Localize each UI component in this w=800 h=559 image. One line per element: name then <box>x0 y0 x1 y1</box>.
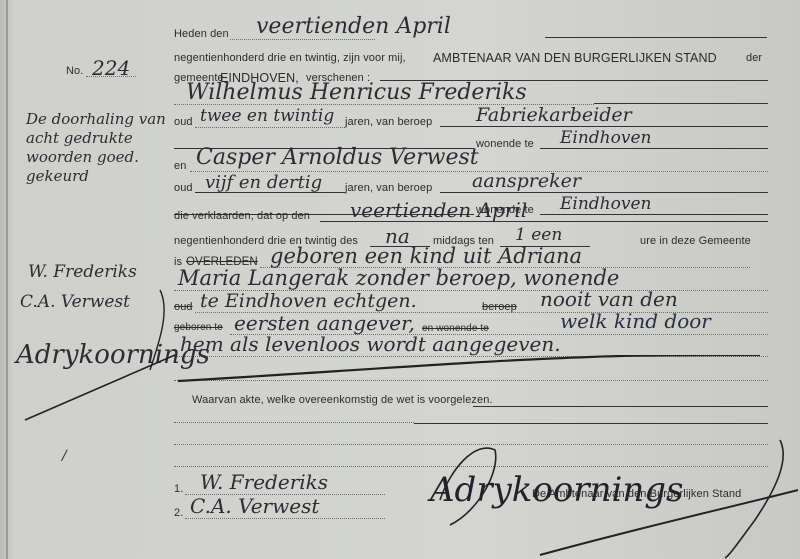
declarant2-residence: Eindhoven <box>560 194 651 214</box>
ambtenaar-signature: Adrykoornings <box>430 470 683 510</box>
declarant1-residence: Eindhoven <box>560 128 651 148</box>
margin-signature-1: W. Frederiks <box>28 262 137 282</box>
waarvan-label: Waarvan akte, welke overeenkomstig de we… <box>192 394 493 406</box>
official-title: AMBTENAAR VAN DEN BURGERLIJKEN STAND <box>433 51 717 65</box>
en-label: en <box>174 160 186 172</box>
fill-rule <box>440 126 768 127</box>
dotted-line <box>174 356 768 357</box>
jaren-label: jaren, van beroep <box>345 116 432 128</box>
page-binding-edge <box>6 0 8 559</box>
margin-note-line: woorden goed. <box>26 148 166 167</box>
body-line-3b: nooit van den <box>540 287 678 311</box>
civil-registry-record: No. 224 Heden den veertienden April nege… <box>0 0 800 559</box>
record-number-label: No. <box>66 65 83 77</box>
oud-struck: oud <box>174 301 193 313</box>
margin-mark: / <box>62 448 67 464</box>
verklaarden-label: die verklaarden, dat op den <box>174 210 310 222</box>
event-date: veertienden April <box>350 198 527 222</box>
ure-label: ure in deze Gemeente <box>640 235 751 247</box>
der-label: der <box>746 52 762 64</box>
declarant2-name: Casper Arnoldus Verwest <box>196 145 479 170</box>
dotted-line <box>230 39 375 40</box>
declarant1-name: Wilhelmus Henricus Frederiks <box>186 80 527 105</box>
body-line-3: te Eindhoven echtgen. <box>200 290 417 312</box>
margin-note-line: De doorhaling van <box>26 110 166 129</box>
dotted-line <box>174 380 768 381</box>
margin-signature-2: C.A. Verwest <box>20 292 130 312</box>
dotted-line <box>185 518 385 519</box>
witness1-signature: W. Frederiks <box>200 470 328 494</box>
wonende-label: wonende te <box>476 138 534 150</box>
fill-rule <box>440 192 768 193</box>
heden-date: veertienden April <box>256 14 451 39</box>
body-line-4b: welk kind door <box>560 309 711 333</box>
year-intro: negentienhonderd drie en twintig, zijn v… <box>174 52 406 64</box>
declarant2-age: vijf en dertig <box>205 172 322 193</box>
beroep-struck: beroep <box>482 301 517 313</box>
fill-rule <box>414 423 768 424</box>
dotted-line <box>195 127 345 128</box>
dotted-line <box>174 466 768 467</box>
fill-rule <box>473 406 768 407</box>
fill-rule <box>540 214 768 215</box>
margin-approval-note: De doorhaling van acht gedrukte woorden … <box>26 110 166 186</box>
declarant1-age: twee en twintig <box>200 106 334 126</box>
dotted-line <box>174 444 768 445</box>
witness1-number: 1. <box>174 483 183 495</box>
jaren-label-2: jaren, van beroep <box>345 182 432 194</box>
record-number: 224 <box>92 56 130 80</box>
body-line-1: geboren een kind uit Adriana <box>270 244 582 268</box>
hour: 1 een <box>515 225 562 245</box>
oud-label-2: oud <box>174 182 193 194</box>
declarant1-profession: Fabriekarbeider <box>476 104 632 126</box>
heden-label: Heden den <box>174 28 229 40</box>
fill-rule <box>540 148 768 149</box>
witness2-number: 2. <box>174 507 183 519</box>
witness2-signature: C.A. Verwest <box>190 494 319 518</box>
dotted-line <box>174 422 414 423</box>
fill-rule <box>545 37 767 38</box>
oud-label: oud <box>174 116 193 128</box>
body-line-5: hem als levenloos wordt aangegeven. <box>180 332 561 356</box>
margin-note-line: acht gedrukte <box>26 129 166 148</box>
margin-note-line: gekeurd <box>26 167 166 186</box>
margin-signature-3: Adrykoornings <box>16 340 210 370</box>
declarant2-profession: aanspreker <box>472 170 581 192</box>
